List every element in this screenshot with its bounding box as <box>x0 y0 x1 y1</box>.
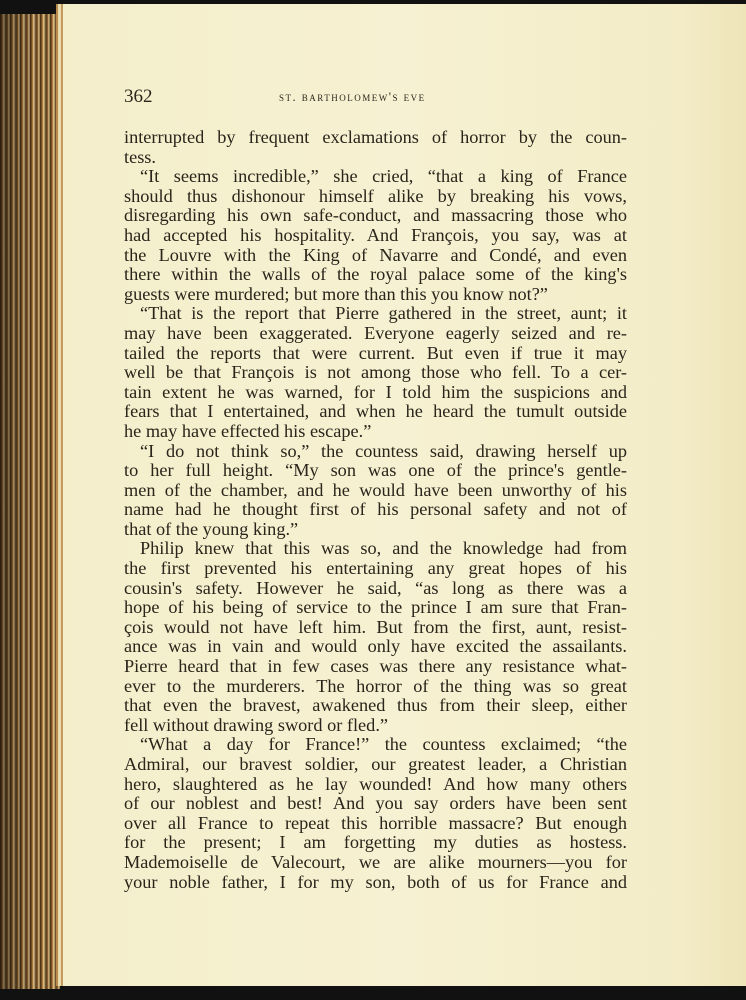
text-line: tailed the reports that were current. Bu… <box>124 344 627 364</box>
text-line: may have been exaggerated. Everyone eage… <box>124 324 627 344</box>
text-line: should thus dishonour himself alike by b… <box>124 187 627 207</box>
text-line: “That is the report that Pierre gathered… <box>124 304 627 324</box>
text-line: that of the young king.” <box>124 520 627 540</box>
text-line: “I do not think so,” the countess said, … <box>124 442 627 462</box>
running-title: ST. BARTHOLOMEW'S EVE <box>279 90 426 105</box>
text-line: guests were murdered; but more than this… <box>124 285 627 305</box>
text-line: disregarding his own safe-conduct, and m… <box>124 206 627 226</box>
text-line: for the present; I am forgetting my duti… <box>124 833 627 853</box>
text-line: he may have effected his escape.” <box>124 422 627 442</box>
page-header: 362 ST. BARTHOLOMEW'S EVE <box>124 86 624 110</box>
text-line: your noble father, I for my son, both of… <box>124 873 627 893</box>
text-line: fears that I entertained, and when he he… <box>124 402 627 422</box>
text-line: Admiral, our bravest soldier, our greate… <box>124 755 627 775</box>
text-line: cousin's safety. However he said, “as lo… <box>124 579 627 599</box>
text-line: tain extent he was warned, for I told hi… <box>124 383 627 403</box>
text-line: hero, slaughtered as he lay wounded! And… <box>124 775 627 795</box>
text-line: ance was in vain and would only have exc… <box>124 637 627 657</box>
text-line: fell without drawing sword or fled.” <box>124 716 627 736</box>
text-line: çois would not have left him. But from t… <box>124 618 627 638</box>
text-line: to her full height. “My son was one of t… <box>124 461 627 481</box>
text-line: “It seems incredible,” she cried, “that … <box>124 167 627 187</box>
text-line: tess. <box>124 148 627 168</box>
text-line: hope of his being of service to the prin… <box>124 598 627 618</box>
page-number: 362 <box>124 86 153 108</box>
text-line: name had he thought first of his persona… <box>124 500 627 520</box>
text-line: Mademoiselle de Valecourt, we are alike … <box>124 853 627 873</box>
text-line: “What a day for France!” the countess ex… <box>124 735 627 755</box>
text-line: well be that François is not among those… <box>124 363 627 383</box>
text-line: of our noblest and best! And you say ord… <box>124 794 627 814</box>
text-line: interrupted by frequent exclamations of … <box>124 128 627 148</box>
book-page-edges <box>0 14 60 989</box>
text-line: ever to the murderers. The horror of the… <box>124 677 627 697</box>
text-line: over all France to repeat this horrible … <box>124 814 627 834</box>
text-line: Philip knew that this was so, and the kn… <box>124 539 627 559</box>
text-line: men of the chamber, and he would have be… <box>124 481 627 501</box>
text-line: that even the bravest, awakened thus fro… <box>124 696 627 716</box>
text-line: the first prevented his entertaining any… <box>124 559 627 579</box>
text-line: Pierre heard that in few cases was there… <box>124 657 627 677</box>
text-line: there within the walls of the royal pala… <box>124 265 627 285</box>
text-line: had accepted his hospitality. And Franço… <box>124 226 627 246</box>
text-line: the Louvre with the King of Navarre and … <box>124 246 627 266</box>
body-text: interrupted by frequent exclamations of … <box>124 128 627 892</box>
